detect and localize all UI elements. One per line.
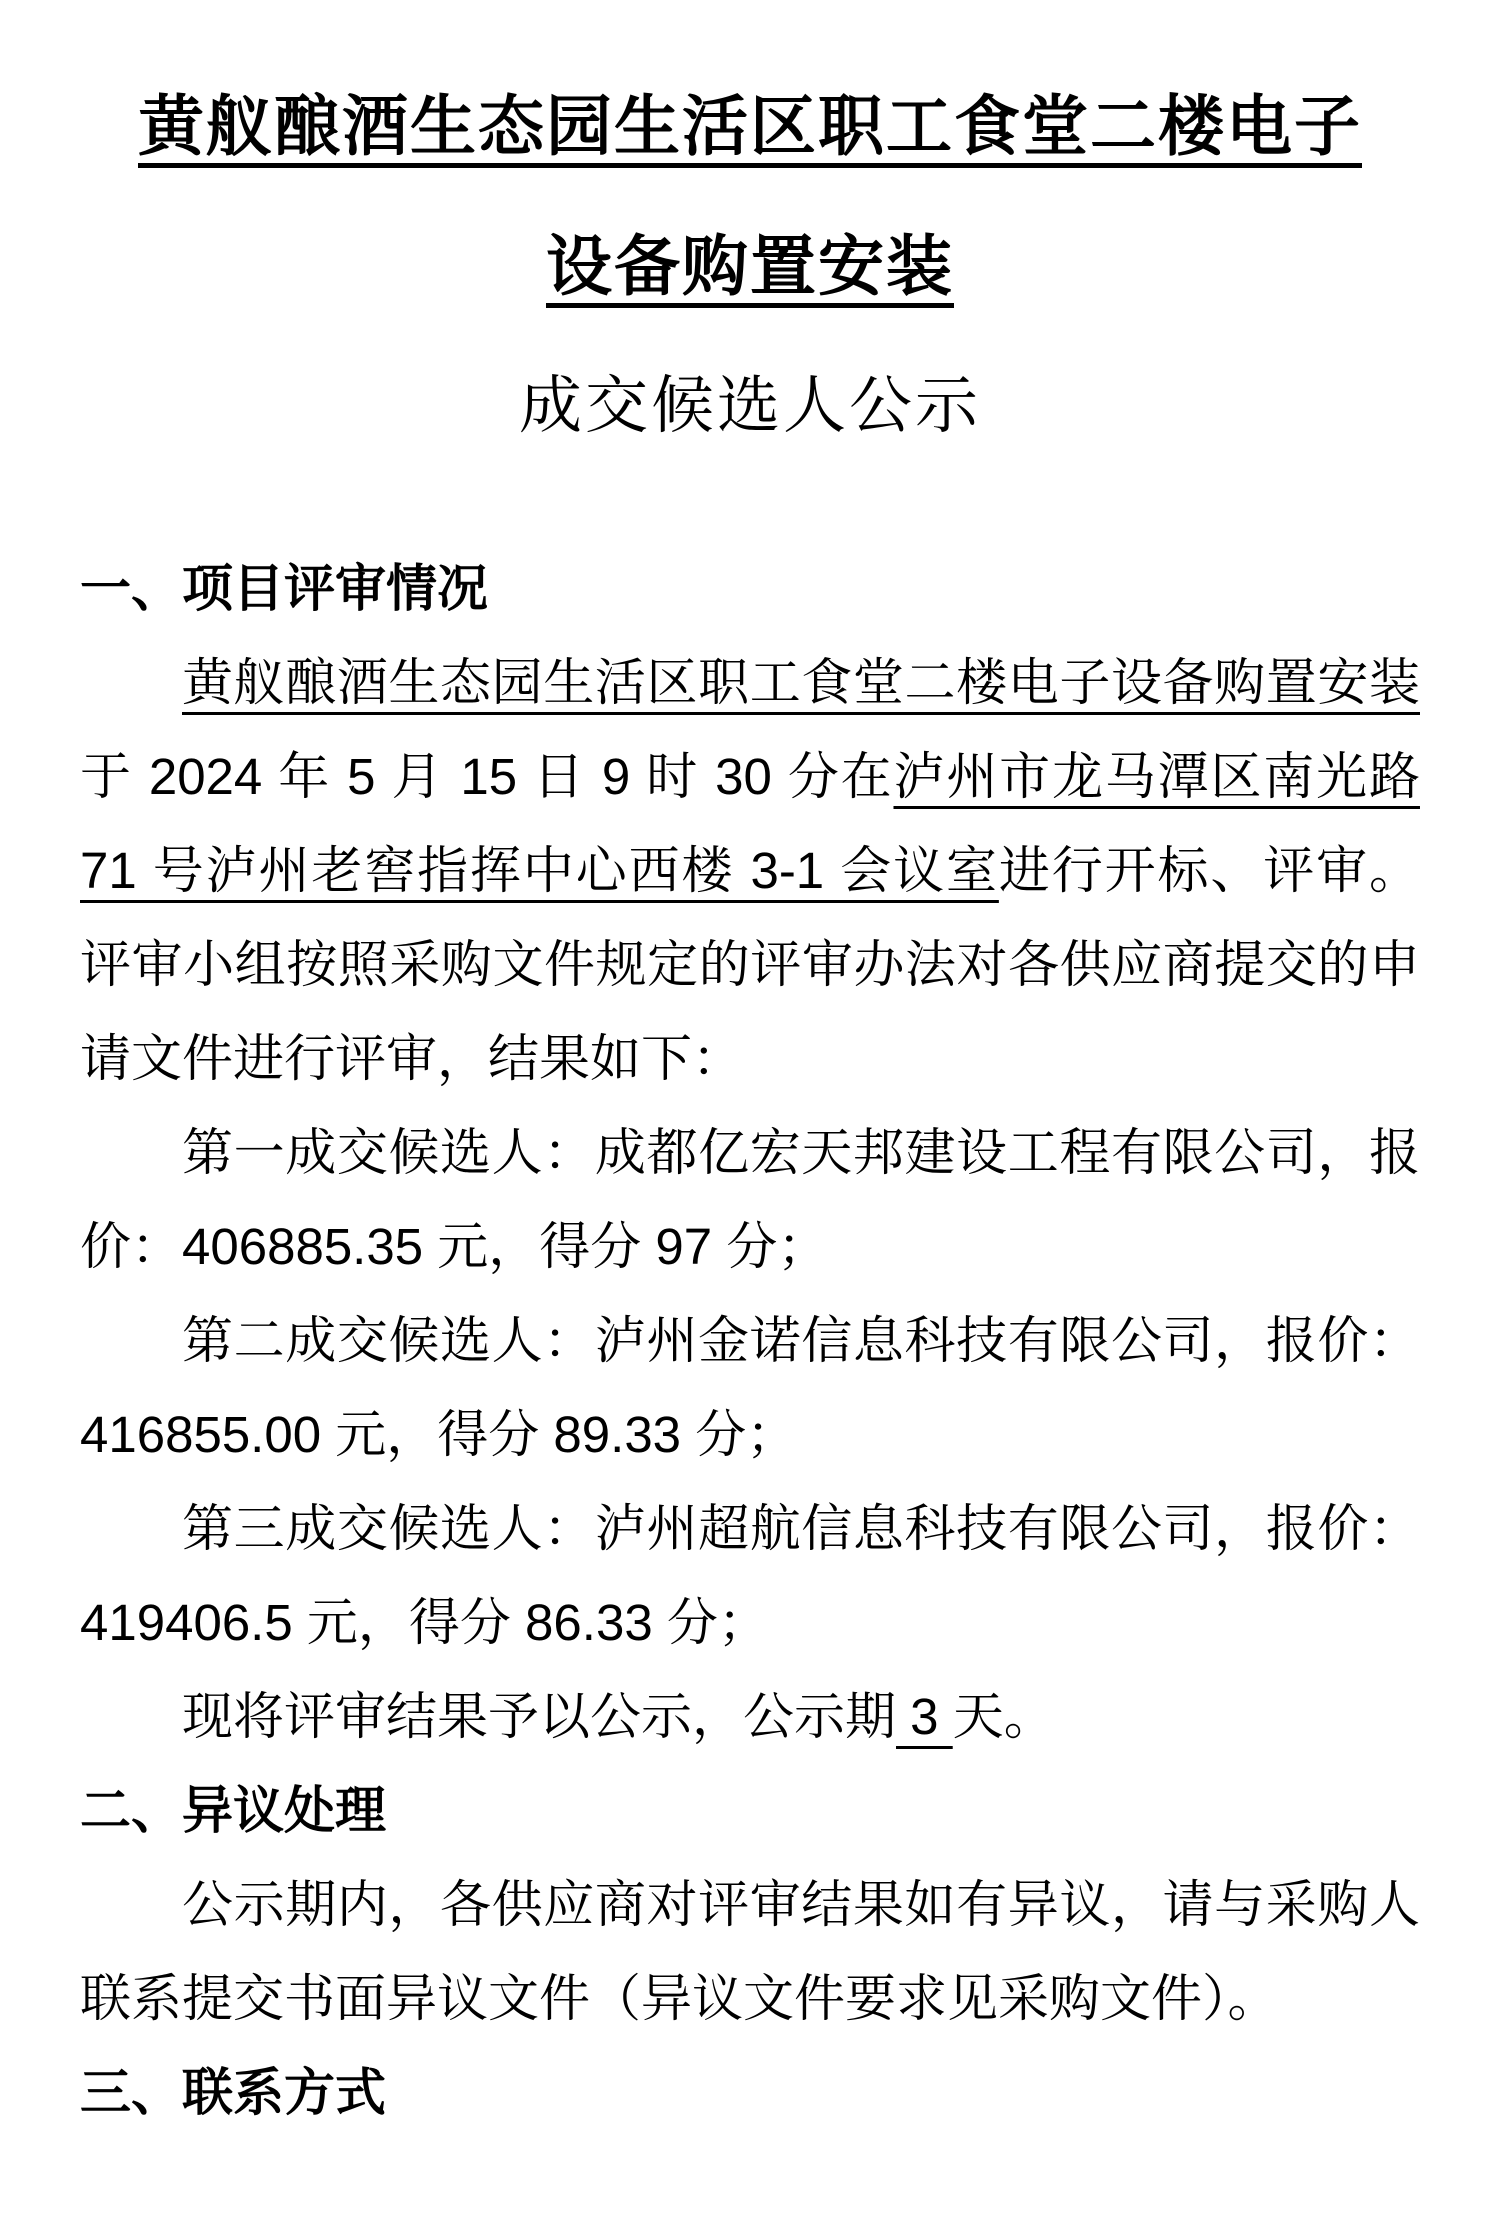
text-run: 公示期内，各供应商对评审结果如有异议，请与采购人联系提交书面异议文件（异议文件要… — [80, 1876, 1420, 2027]
document-body: 一、项目评审情况黄舣酿酒生态园生活区职工食堂二楼电子设备购置安装于 2024 年… — [80, 542, 1420, 2140]
text-run: 第一成交候选人：成都亿宏天邦建设工程有限公司，报价：406885.35 元，得分… — [80, 1124, 1420, 1275]
underlined-text-run: 黄舣酿酒生态园生活区职工食堂二楼电子设备购置安装 — [182, 654, 1420, 711]
text-run: 第二成交候选人：泸州金诺信息科技有限公司，报价：416855.00 元，得分 8… — [80, 1312, 1420, 1463]
document-title-line-2: 设备购置安装 — [80, 196, 1420, 336]
document-title: 黄舣酿酒生态园生活区职工食堂二楼电子 设备购置安装 — [80, 56, 1420, 336]
objection-handling-paragraph: 公示期内，各供应商对评审结果如有异议，请与采购人联系提交书面异议文件（异议文件要… — [80, 1858, 1420, 2046]
candidate-2-paragraph: 第二成交候选人：泸州金诺信息科技有限公司，报价：416855.00 元，得分 8… — [80, 1294, 1420, 1482]
section-1-heading: 一、项目评审情况 — [80, 542, 1420, 636]
document-title-line-2-text: 设备购置安装 — [546, 229, 954, 303]
candidate-3-paragraph: 第三成交候选人：泸州超航信息科技有限公司，报价：419406.5 元，得分 86… — [80, 1482, 1420, 1670]
document-subtitle: 成交候选人公示 — [80, 336, 1420, 476]
publicity-period-paragraph: 现将评审结果予以公示，公示期 3 天。 — [80, 1670, 1420, 1764]
document-title-line-1: 黄舣酿酒生态园生活区职工食堂二楼电子 — [80, 56, 1420, 196]
text-run: 第三成交候选人：泸州超航信息科技有限公司，报价：419406.5 元，得分 86… — [80, 1500, 1420, 1651]
document-title-line-1-text: 黄舣酿酒生态园生活区职工食堂二楼电子 — [138, 89, 1362, 163]
section-2-heading: 二、异议处理 — [80, 1764, 1420, 1858]
evaluation-intro-paragraph: 黄舣酿酒生态园生活区职工食堂二楼电子设备购置安装于 2024 年 5 月 15 … — [80, 636, 1420, 1106]
document-page: 黄舣酿酒生态园生活区职工食堂二楼电子 设备购置安装 成交候选人公示 一、项目评审… — [0, 0, 1500, 2214]
text-run: 天。 — [953, 1688, 1055, 1745]
candidate-1-paragraph: 第一成交候选人：成都亿宏天邦建设工程有限公司，报价：406885.35 元，得分… — [80, 1106, 1420, 1294]
text-run: 现将评审结果予以公示，公示期 — [182, 1688, 896, 1745]
section-3-heading: 三、联系方式 — [80, 2046, 1420, 2140]
text-run: 于 2024 年 5 月 15 日 9 时 30 分在 — [80, 748, 893, 805]
underlined-text-run: 3 — [896, 1688, 953, 1745]
